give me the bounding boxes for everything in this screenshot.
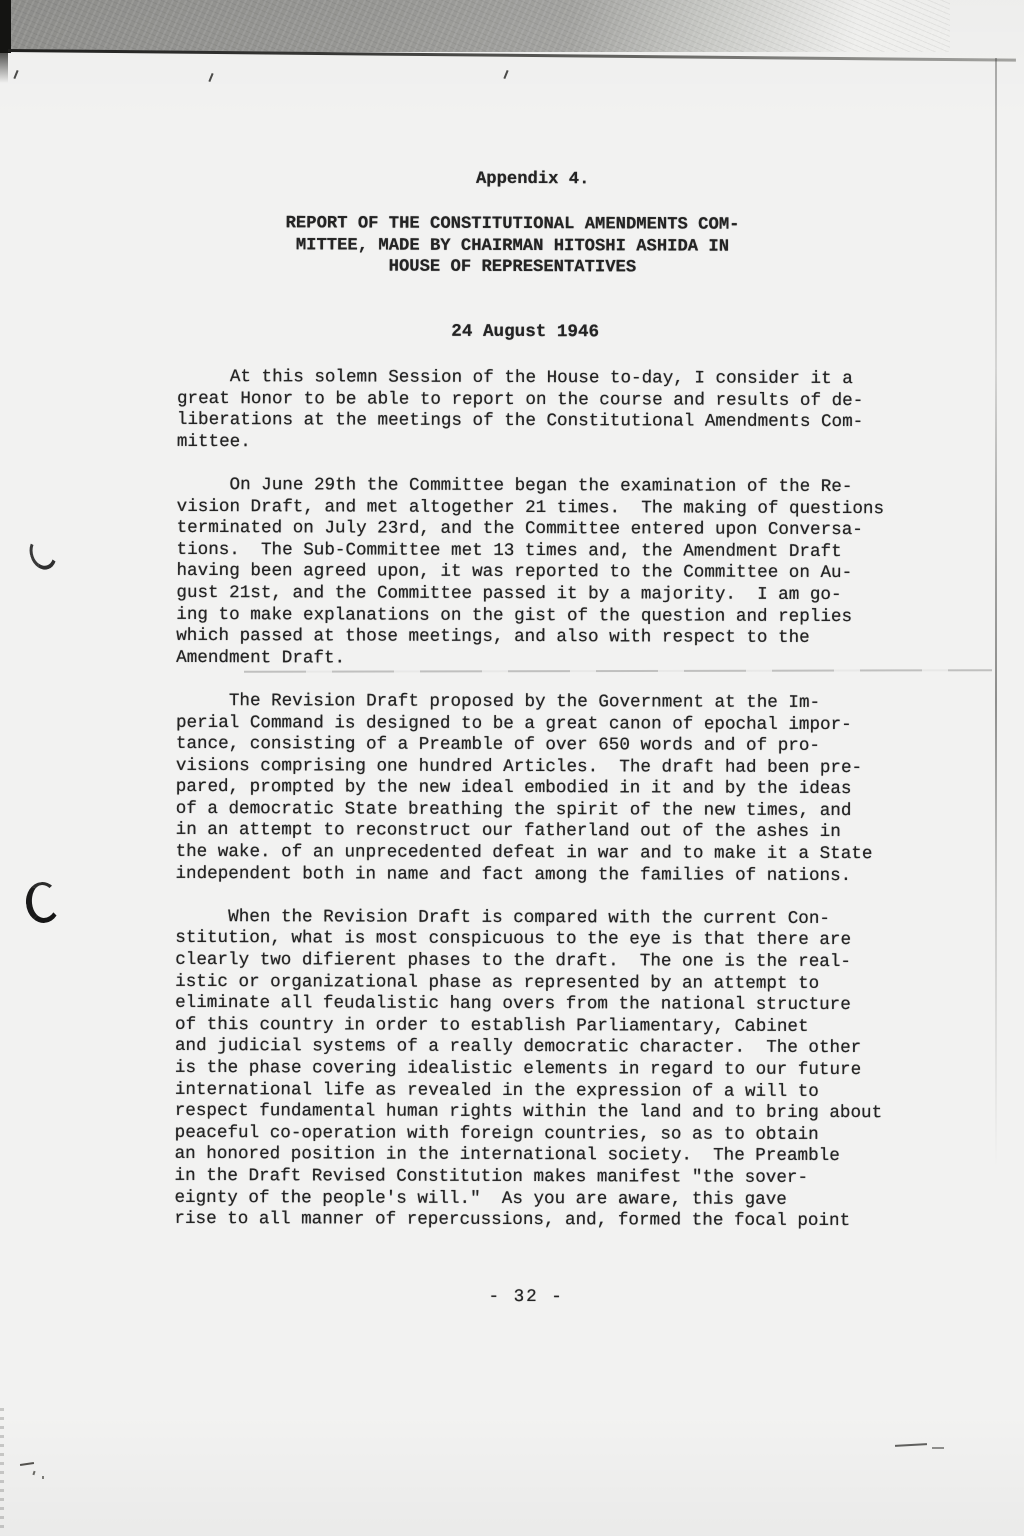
report-title-line-3: HOUSE OF REPRESENTATIVES (0, 256, 1024, 281)
paragraph-1: At this solemn Session of the House to-d… (177, 367, 885, 456)
paragraph-3: The Revision Draft proposed by the Gover… (175, 691, 883, 888)
report-body: At this solemn Session of the House to-d… (174, 367, 884, 1255)
appendix-heading: Appendix 4. (1, 168, 1024, 190)
paragraph-2: On June 29th the Committee began the exa… (176, 475, 884, 672)
report-date: 24 August 1946 (0, 320, 1024, 343)
document-content: Appendix 4. REPORT OF THE CONSTITUTIONAL… (0, 0, 1024, 1536)
page-number: - 32 - (0, 1285, 1021, 1308)
paragraph-4: When the Revision Draft is compared with… (174, 907, 882, 1233)
report-title: REPORT OF THE CONSTITUTIONAL AMENDMENTS … (0, 212, 1024, 280)
scanned-document-page: Appendix 4. REPORT OF THE CONSTITUTIONAL… (0, 0, 1024, 1536)
